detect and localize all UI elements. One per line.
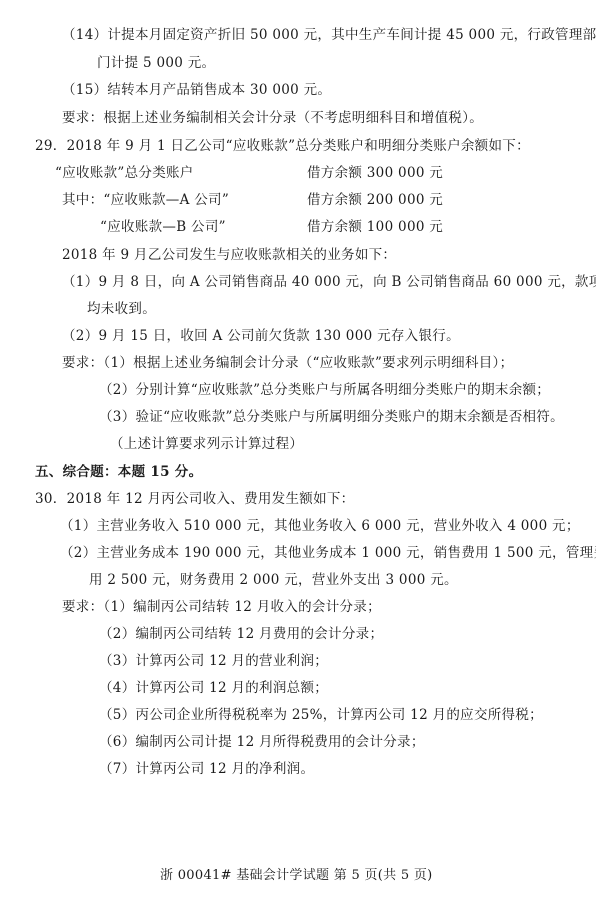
page-footer: 浙 00041# 基础会计学试题 第 5 页(共 5 页) <box>160 867 433 885</box>
q29-item1-line2: 均未收到。 <box>87 300 156 318</box>
q28-requirement: 要求：根据上述业务编制相关会计分录（不考虑明细科目和增值税）。 <box>62 109 483 127</box>
q30-item1: （1）主营业务收入 510 000 元，其他业务收入 6 000 元，营业外收入… <box>60 517 580 535</box>
q29-balance-amount-b: 借方余额 100 000 元 <box>307 218 443 236</box>
q29-requirement-note: （上述计算要求列示计算过程） <box>110 435 303 453</box>
q29-balance-amount-a: 借方余额 200 000 元 <box>307 191 443 209</box>
q30-requirement-1: 要求：（1）编制丙公司结转 12 月收入的会计分录； <box>62 598 381 616</box>
q30-title: 30．2018 年 12 月丙公司收入、费用发生额如下： <box>35 490 355 508</box>
q29-item2: （2）9 月 15 日，收回 A 公司前欠货款 130 000 元存入银行。 <box>62 327 460 345</box>
q29-balance-amount-total: 借方余额 300 000 元 <box>307 164 443 182</box>
q29-title: 29．2018 年 9 月 1 日乙公司“应收账款”总分类账户和明细分类账户余额… <box>35 137 530 155</box>
q28-item15: （15）结转本月产品销售成本 30 000 元。 <box>62 81 331 99</box>
section5-heading: 五、综合题：本题 15 分。 <box>35 463 202 481</box>
q29-requirement-3: （3）验证“应收账款”总分类账户与所属明细分类账户的期末余额是否相符。 <box>99 408 564 426</box>
q30-requirement-7: （7）计算丙公司 12 月的净利润。 <box>99 760 314 778</box>
q30-requirement-6: （6）编制丙公司计提 12 月所得税费用的会计分录； <box>99 733 425 751</box>
q30-item2-line1: （2）主营业务成本 190 000 元，其他业务成本 1 000 元，销售费用 … <box>60 544 596 562</box>
q30-requirement-5: （5）丙公司企业所得税税率为 25%，计算丙公司 12 月的应交所得税； <box>99 706 543 724</box>
q29-balance-account-b: “应收账款—B 公司” <box>100 218 226 236</box>
q29-item1-line1: （1）9 月 8 日，向 A 公司销售商品 40 000 元，向 B 公司销售商… <box>62 273 596 291</box>
q28-item14-line1: （14）计提本月固定资产折旧 50 000 元，其中生产车间计提 45 000 … <box>62 26 596 44</box>
q30-requirement-2: （2）编制丙公司结转 12 月费用的会计分录； <box>99 625 383 643</box>
q29-balance-account-total: “应收账款”总分类账户 <box>55 164 194 182</box>
q30-requirement-4: （4）计算丙公司 12 月的利润总额； <box>99 679 328 697</box>
q28-item14-line2: 门计提 5 000 元。 <box>97 54 215 72</box>
q29-balance-account-a: 其中：“应收账款—A 公司” <box>62 191 229 209</box>
q29-requirement-2: （2）分别计算“应收账款”总分类账户与所属各明细分类账户的期末余额； <box>99 381 550 399</box>
q29-requirement-1: 要求：（1）根据上述业务编制会计分录（“应收账款”要求列示明细科目）； <box>62 354 513 372</box>
q29-intro: 2018 年 9 月乙公司发生与应收账款相关的业务如下： <box>62 246 396 264</box>
q30-item2-line2: 用 2 500 元，财务费用 2 000 元，营业外支出 3 000 元。 <box>89 571 458 589</box>
q30-requirement-3: （3）计算丙公司 12 月的营业利润； <box>99 652 328 670</box>
